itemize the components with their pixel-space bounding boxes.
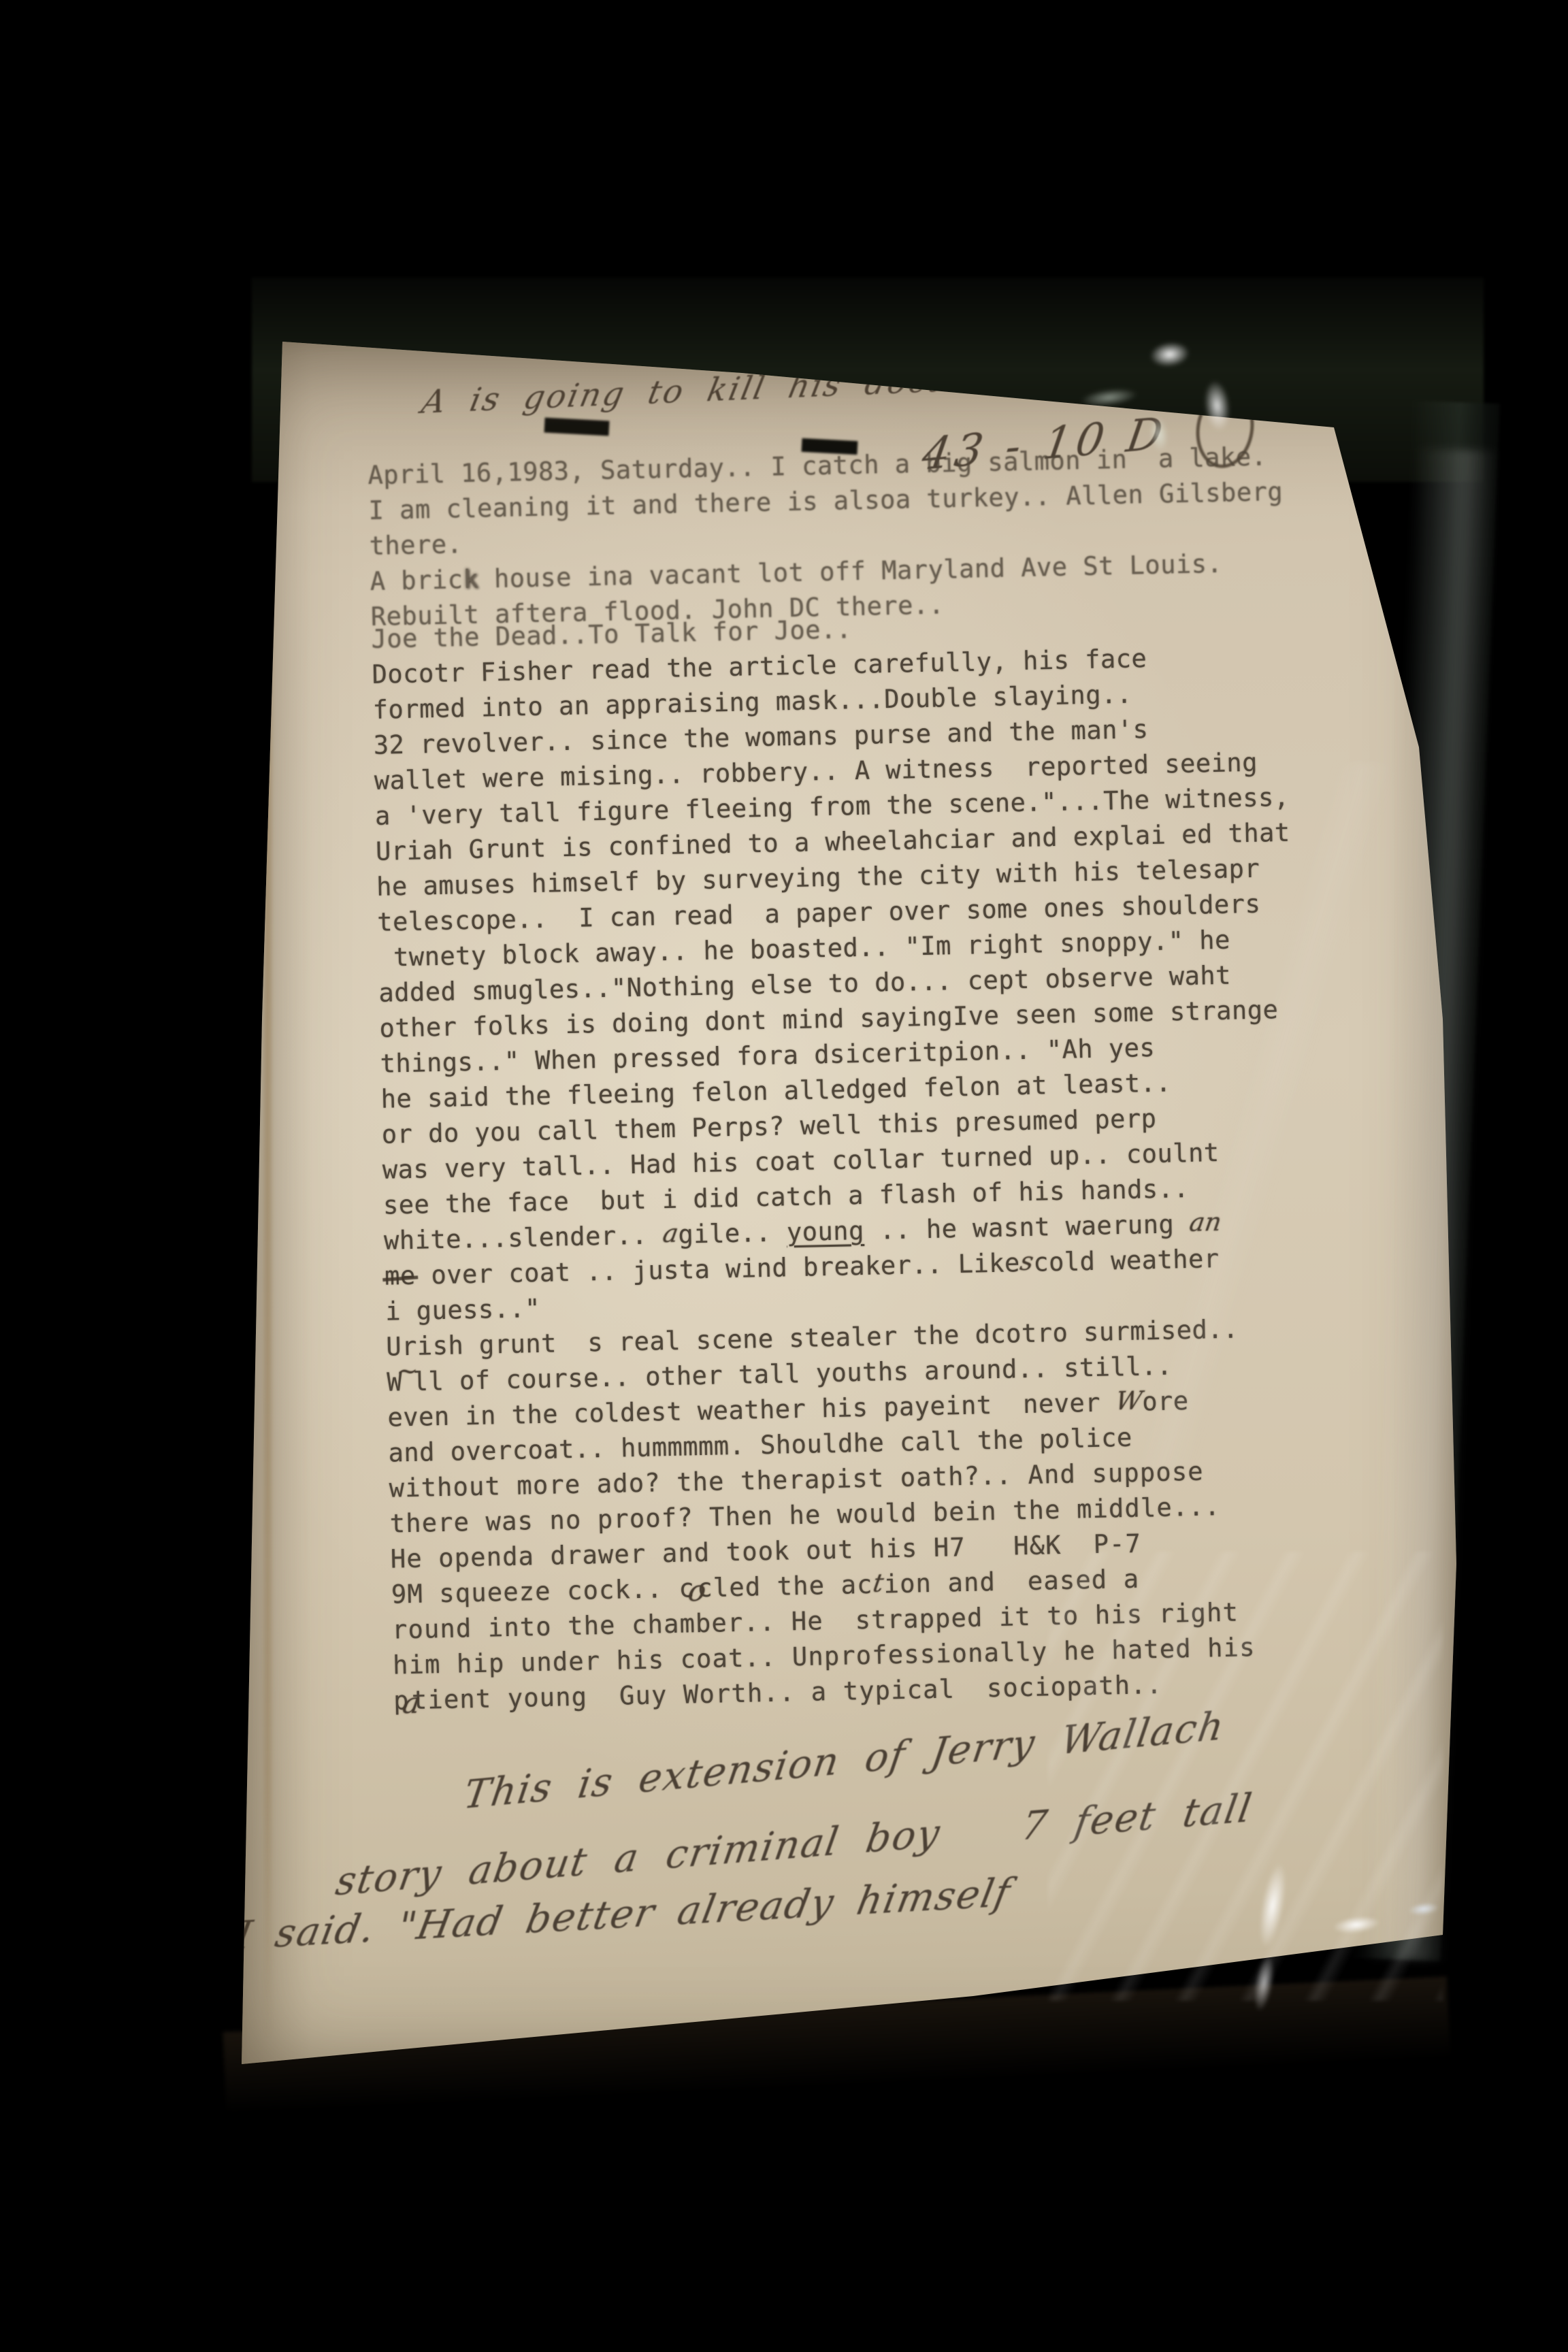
typed-segment: i guess.." [385, 1294, 541, 1326]
typed-segment-underline: young [786, 1216, 864, 1247]
typed-segment-strike: me [385, 1258, 416, 1294]
page-content: A is going to kill his doctor - (me) 43 … [225, 332, 1477, 2095]
typed-segment-hand: an [1187, 1205, 1224, 1241]
typed-segment-hand: W [1113, 1383, 1145, 1419]
typed-segment: there. [369, 529, 463, 561]
typescript-page: A is going to kill his doctor - (me) 43 … [225, 332, 1477, 2095]
typed-segment: ion and eased a [883, 1565, 1139, 1599]
typed-segment: 9M squeeze cock.. c [391, 1573, 696, 1609]
typed-segment: cled the ac [697, 1570, 873, 1603]
typed-segment: cold weather [1033, 1244, 1220, 1277]
photo-of-typescript: { "annotations_top": { "line1": "A is go… [0, 0, 1568, 2352]
typed-segment: A bric [370, 565, 463, 596]
typed-segment: ore [1142, 1386, 1189, 1416]
photo-stage: A is going to kill his doctor - (me) 43 … [0, 0, 1568, 2352]
typed-segment: Joe the Dead..To Talk for Joe.. [371, 615, 852, 654]
typed-segment: .. he wasnt waerung [864, 1209, 1190, 1245]
left-stain-line [264, 353, 272, 2040]
sleeve-notch [802, 438, 858, 455]
typed-segment: gile.. [678, 1218, 787, 1249]
typed-segment: white...slender.. [384, 1220, 664, 1256]
typed-segment-blot: k [463, 565, 479, 594]
typed-lines: April 16,1983, Saturday.. I catch a big … [367, 438, 1360, 1718]
